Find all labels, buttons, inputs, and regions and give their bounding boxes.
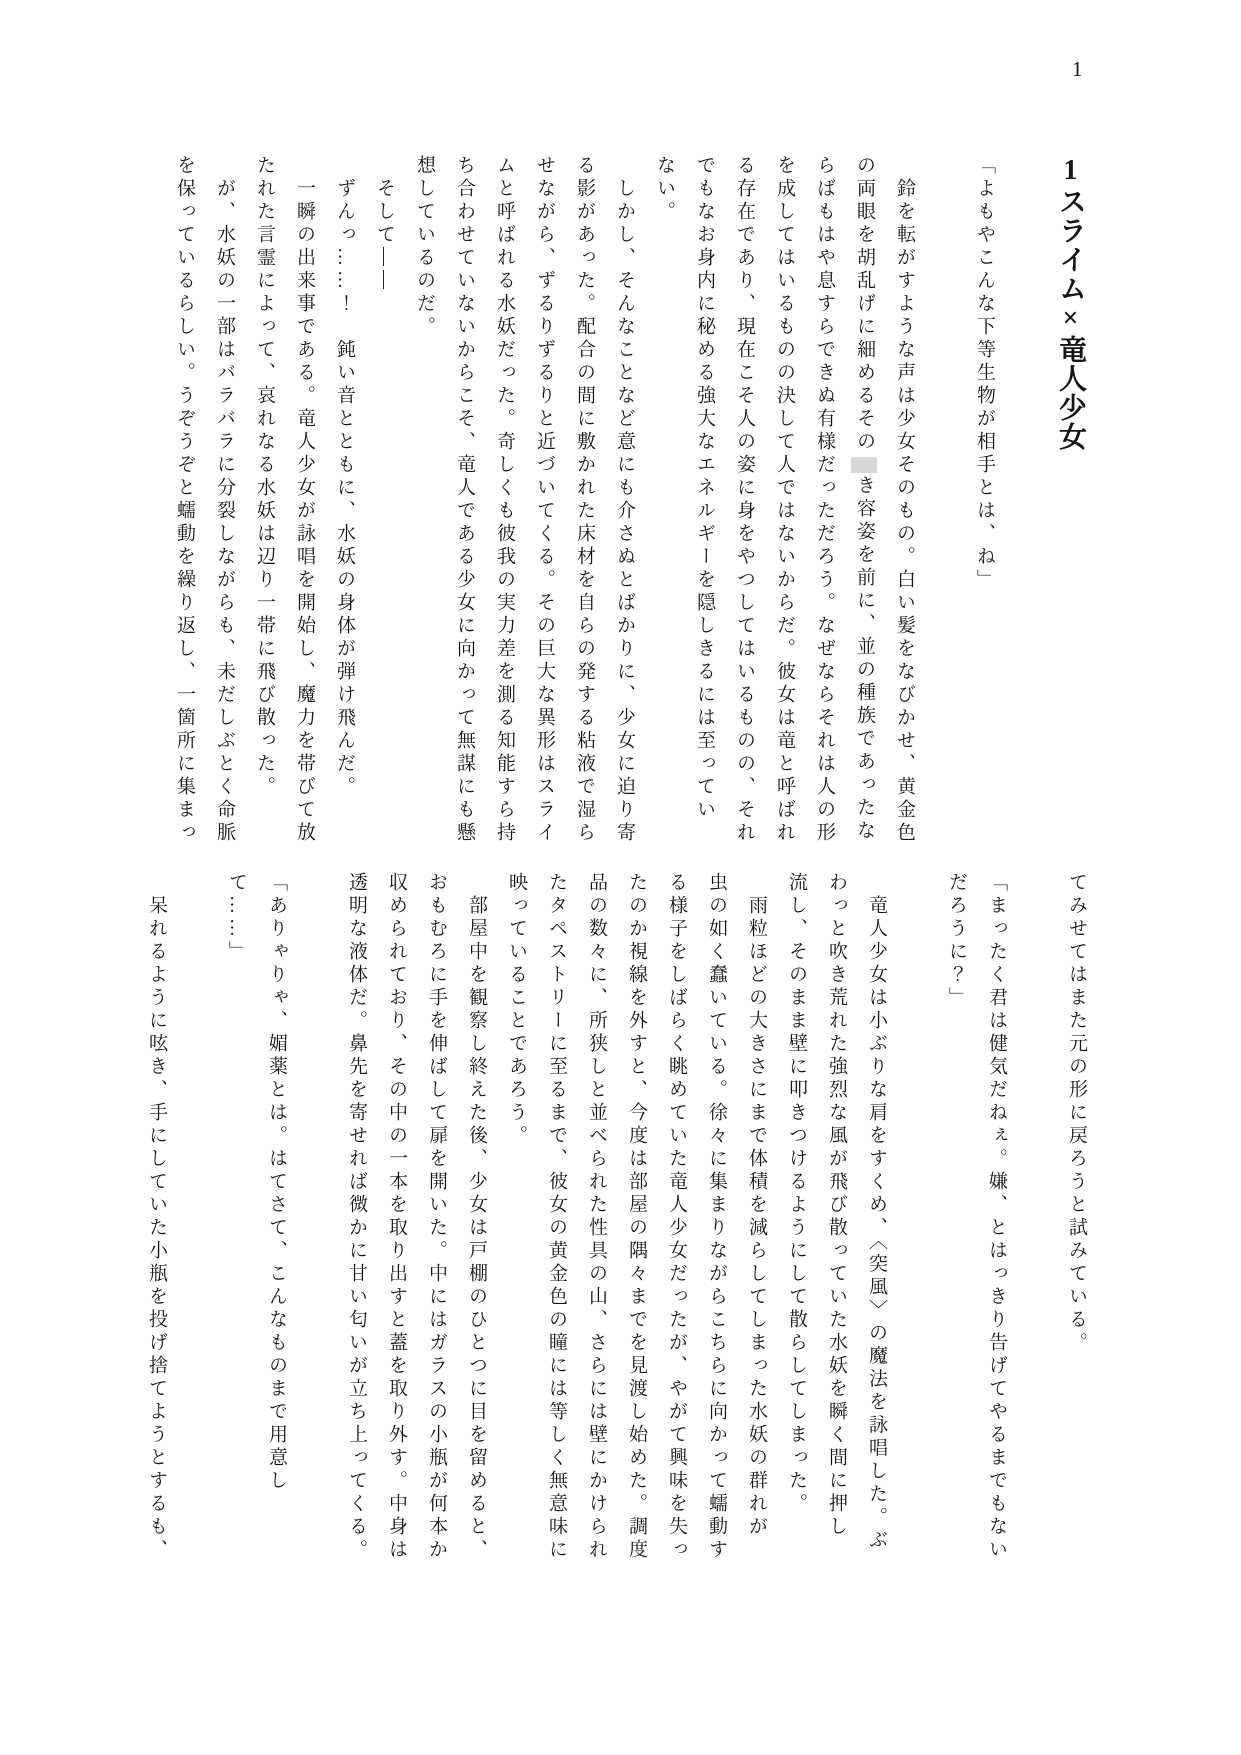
text-line: てみせてはまた元の形に戻ろうと試みている。 xyxy=(1056,872,1096,1572)
text-line: ち合わせていないからこそ、竜人である少女に向かって無謀にも懸 xyxy=(444,155,484,855)
text-line: 流し、そのまま壁に叩きつけるようにして散らしてしまった。 xyxy=(776,872,816,1572)
text-segment: き容姿を前に、並の種族であったな xyxy=(854,475,875,843)
text-line: たのか視線を外すと、今度は部屋の隅々までを見渡し始めた。調度 xyxy=(616,872,656,1572)
text-line: 呆れるように呟き、手にしていた小瓶を投げ捨てようとするも、 xyxy=(136,872,176,1572)
text-line: 虫の如く蠢いている。徐々に集まりながらこちらに向かって蠕動す xyxy=(696,872,736,1572)
text-line: たれた言霊によって、哀れなる水妖は辺り一帯に飛び散った。 xyxy=(244,155,284,855)
redacted-character xyxy=(851,457,877,473)
top-text-band: 1スライム×竜人少女「よもやこんな下等生物が相手とは、ね」鈴を転がすような声は少… xyxy=(164,155,1096,855)
page-number: 1 xyxy=(1072,57,1083,82)
text-line: らばもはや息すらできぬ有様だっただろう。なぜならそれは人の形 xyxy=(804,155,844,855)
bottom-text-band: てみせてはまた元の形に戻ろうと試みている。「まったく君は健気だねぇ。嫌、とはっき… xyxy=(136,872,1096,1572)
text-segment: の両眼を胡乱げに細めるその xyxy=(854,155,875,454)
text-line: せながら、ずるりずるりと近づいてくる。その巨大な異形はスライ xyxy=(524,155,564,855)
dialogue-line: 「よもやこんな下等生物が相手とは、ね」 xyxy=(964,155,1004,855)
text-line: 部屋中を観察し終えた後、少女は戸棚のひとつに目を留めると、 xyxy=(456,872,496,1572)
text-line: ムと呼ばれる水妖だった。奇しくも彼我の実力差を測る知能すら持 xyxy=(484,155,524,855)
text-line: を保っているらしい。うぞうぞと蠕動を繰り返し、一箇所に集まっ xyxy=(164,155,204,855)
text-line: が、水妖の一部はバラバラに分裂しながらも、未だしぶとく命脈 xyxy=(204,155,244,855)
text-line: ない。 xyxy=(644,155,684,855)
text-line: そして―― xyxy=(364,155,404,855)
text-line: しかし、そんなことなど意にも介さぬとばかりに、少女に迫り寄 xyxy=(604,155,644,855)
text-line: 鈴を転がすような声は少女そのもの。白い髪をなびかせ、黄金色 xyxy=(884,155,924,855)
text-line: 一瞬の出来事である。竜人少女が詠唱を開始し、魔力を帯びて放 xyxy=(284,155,324,855)
text-line: 収められており、その中の一本を取り出すと蓋を取り外す。中身は xyxy=(376,872,416,1572)
text-line: の両眼を胡乱げに細めるそのき容姿を前に、並の種族であったな xyxy=(844,155,884,855)
text-line: 竜人少女は小ぶりな肩をすくめ、〈突風〉の魔法を詠唱した。ぶ xyxy=(856,872,896,1572)
text-line: 品の数々に、所狭しと並べられた性具の山、さらには壁にかけられ xyxy=(576,872,616,1572)
text-line: おもむろに手を伸ばして扉を開いた。中にはガラスの小瓶が何本か xyxy=(416,872,456,1572)
text-line: る様子をしばらく眺めていた竜人少女だったが、やがて興味を失っ xyxy=(656,872,696,1572)
dialogue-line: 「ありゃりゃ、媚薬とは。はてさて、こんなものまで用意して……」 xyxy=(216,872,296,1572)
text-line: 映っていることであろう。 xyxy=(496,872,536,1572)
text-line: わっと吹き荒れた強烈な風が飛び散っていた水妖を瞬く間に押し xyxy=(816,872,856,1572)
text-line: る影があった。配合の間に敷かれた床材を自らの発する粘液で湿ら xyxy=(564,155,604,855)
text-line: でもなお身内に秘める強大なエネルギーを隠しきるには至ってい xyxy=(684,155,724,855)
dialogue-line: だろうに？」 xyxy=(936,872,976,1572)
section-heading: 1スライム×竜人少女 xyxy=(1044,155,1096,855)
dialogue-line: 「まったく君は健気だねぇ。嫌、とはっきり告げてやるまでもない xyxy=(976,872,1016,1572)
text-line: たタペストリーに至るまで、彼女の黄金色の瞳には等しく無意味に xyxy=(536,872,576,1572)
text-line: ずんっ……！ 鈍い音とともに、水妖の身体が弾け飛んだ。 xyxy=(324,155,364,855)
text-line: る存在であり、現在こそ人の姿に身をやつしてはいるものの、それ xyxy=(724,155,764,855)
text-line: 雨粒ほどの大きさにまで体積を減らしてしまった水妖の群れが xyxy=(736,872,776,1572)
text-line: 透明な液体だ。鼻先を寄せれば微かに甘い匂いが立ち上ってくる。 xyxy=(336,872,376,1572)
text-line: 想しているのだ。 xyxy=(404,155,444,855)
text-line: を成してはいるものの決して人ではないからだ。彼女は竜と呼ばれ xyxy=(764,155,804,855)
